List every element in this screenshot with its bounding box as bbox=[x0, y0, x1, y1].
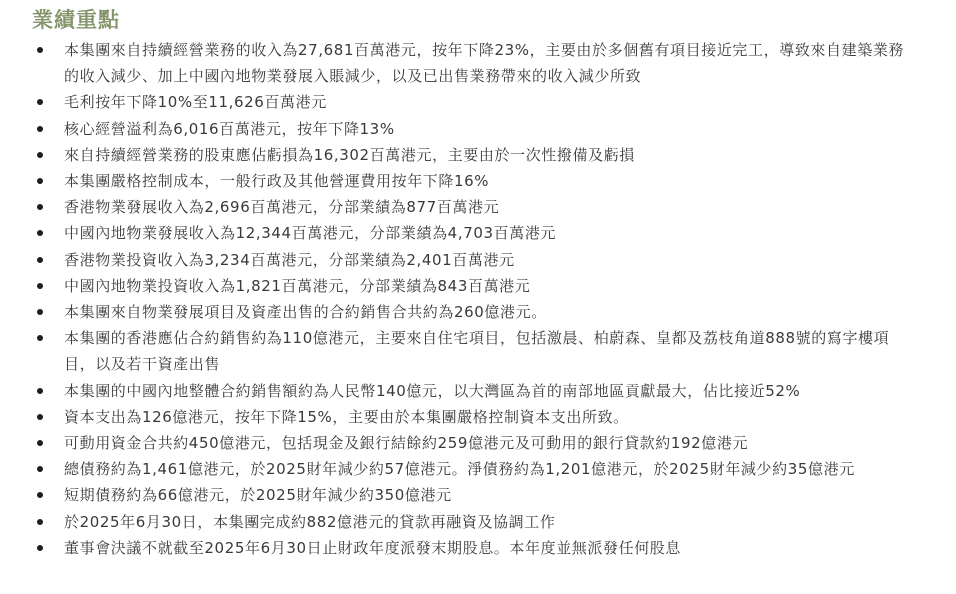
list-item: 短期債務約為66億港元，於2025財年減少約350億港元 bbox=[0, 482, 956, 508]
list-item-text: 資本支出為126億港元，按年下降15%，主要由於本集團嚴格控制資本支出所致。 bbox=[64, 404, 914, 430]
section-heading: 業績重點 bbox=[32, 6, 120, 34]
list-item: 香港物業發展收入為2,696百萬港元，分部業績為877百萬港元 bbox=[0, 194, 956, 220]
bullet-icon bbox=[37, 178, 43, 184]
list-item-text: 於2025年6月30日，本集團完成約882億港元的貸款再融資及協調工作 bbox=[64, 509, 914, 535]
bullet-icon bbox=[37, 414, 43, 420]
list-item: 本集團嚴格控制成本，一般行政及其他營運費用按年下降16% bbox=[0, 168, 956, 194]
list-item-text: 核心經營溢利為6,016百萬港元，按年下降13% bbox=[64, 116, 914, 142]
bullet-icon bbox=[37, 492, 43, 498]
bullet-icon bbox=[37, 204, 43, 210]
list-item-text: 本集團來自物業發展項目及資產出售的合約銷售合共約為260億港元。 bbox=[64, 299, 914, 325]
list-item-text: 香港物業投資收入為3,234百萬港元，分部業績為2,401百萬港元 bbox=[64, 247, 914, 273]
bullet-icon bbox=[37, 335, 43, 341]
list-item-text: 來自持續經營業務的股東應佔虧損為16,302百萬港元，主要由於一次性撥備及虧損 bbox=[64, 142, 914, 168]
list-item-text: 本集團的中國內地整體合約銷售額約為人民幣140億元，以大灣區為首的南部地區貢獻最… bbox=[64, 378, 914, 404]
list-item: 資本支出為126億港元，按年下降15%，主要由於本集團嚴格控制資本支出所致。 bbox=[0, 404, 956, 430]
list-item-text: 可動用資金合共約450億港元，包括現金及銀行結餘約259億港元及可動用的銀行貸款… bbox=[64, 430, 914, 456]
bullet-icon bbox=[37, 519, 43, 525]
list-item: 中國內地物業發展收入為12,344百萬港元，分部業績為4,703百萬港元 bbox=[0, 220, 956, 246]
bullet-icon bbox=[37, 440, 43, 446]
bullet-icon bbox=[37, 152, 43, 158]
bullet-icon bbox=[37, 230, 43, 236]
list-item-text: 短期債務約為66億港元，於2025財年減少約350億港元 bbox=[64, 482, 914, 508]
list-item-text: 毛利按年下降10%至11,626百萬港元 bbox=[64, 89, 914, 115]
list-item: 核心經營溢利為6,016百萬港元，按年下降13% bbox=[0, 116, 956, 142]
list-item-text: 總債務約為1,461億港元，於2025財年減少約57億港元。淨債務約為1,201… bbox=[64, 456, 914, 482]
list-item: 本集團來自物業發展項目及資產出售的合約銷售合共約為260億港元。 bbox=[0, 299, 956, 325]
list-item: 香港物業投資收入為3,234百萬港元，分部業績為2,401百萬港元 bbox=[0, 247, 956, 273]
bullet-icon bbox=[37, 388, 43, 394]
list-item: 本集團的香港應佔合約銷售約為110億港元，主要來自住宅項目，包括激晨、柏蔚森、皇… bbox=[0, 325, 956, 377]
bullet-icon bbox=[37, 545, 43, 551]
list-item-text: 本集團來自持續經營業務的收入為27,681百萬港元，按年下降23%，主要由於多個… bbox=[64, 37, 914, 89]
list-item-text: 董事會決議不就截至2025年6月30日止財政年度派發末期股息。本年度並無派發任何… bbox=[64, 535, 914, 561]
list-item: 毛利按年下降10%至11,626百萬港元 bbox=[0, 89, 956, 115]
list-item-text: 本集團的香港應佔合約銷售約為110億港元，主要來自住宅項目，包括激晨、柏蔚森、皇… bbox=[64, 325, 914, 377]
list-item-text: 中國內地物業發展收入為12,344百萬港元，分部業績為4,703百萬港元 bbox=[64, 220, 914, 246]
highlights-list: 本集團來自持續經營業務的收入為27,681百萬港元，按年下降23%，主要由於多個… bbox=[0, 37, 956, 561]
bullet-icon bbox=[37, 99, 43, 105]
bullet-icon bbox=[37, 257, 43, 263]
bullet-icon bbox=[37, 283, 43, 289]
list-item-text: 中國內地物業投資收入為1,821百萬港元，分部業績為843百萬港元 bbox=[64, 273, 914, 299]
list-item: 本集團來自持續經營業務的收入為27,681百萬港元，按年下降23%，主要由於多個… bbox=[0, 37, 956, 89]
bullet-icon bbox=[37, 47, 43, 53]
list-item: 於2025年6月30日，本集團完成約882億港元的貸款再融資及協調工作 bbox=[0, 509, 956, 535]
bullet-icon bbox=[37, 126, 43, 132]
list-item: 可動用資金合共約450億港元，包括現金及銀行結餘約259億港元及可動用的銀行貸款… bbox=[0, 430, 956, 456]
list-item-text: 香港物業發展收入為2,696百萬港元，分部業績為877百萬港元 bbox=[64, 194, 914, 220]
list-item: 來自持續經營業務的股東應佔虧損為16,302百萬港元，主要由於一次性撥備及虧損 bbox=[0, 142, 956, 168]
list-item: 總債務約為1,461億港元，於2025財年減少約57億港元。淨債務約為1,201… bbox=[0, 456, 956, 482]
bullet-icon bbox=[37, 309, 43, 315]
list-item-text: 本集團嚴格控制成本，一般行政及其他營運費用按年下降16% bbox=[64, 168, 914, 194]
list-item: 本集團的中國內地整體合約銷售額約為人民幣140億元，以大灣區為首的南部地區貢獻最… bbox=[0, 378, 956, 404]
list-item: 中國內地物業投資收入為1,821百萬港元，分部業績為843百萬港元 bbox=[0, 273, 956, 299]
list-item: 董事會決議不就截至2025年6月30日止財政年度派發末期股息。本年度並無派發任何… bbox=[0, 535, 956, 561]
bullet-icon bbox=[37, 466, 43, 472]
